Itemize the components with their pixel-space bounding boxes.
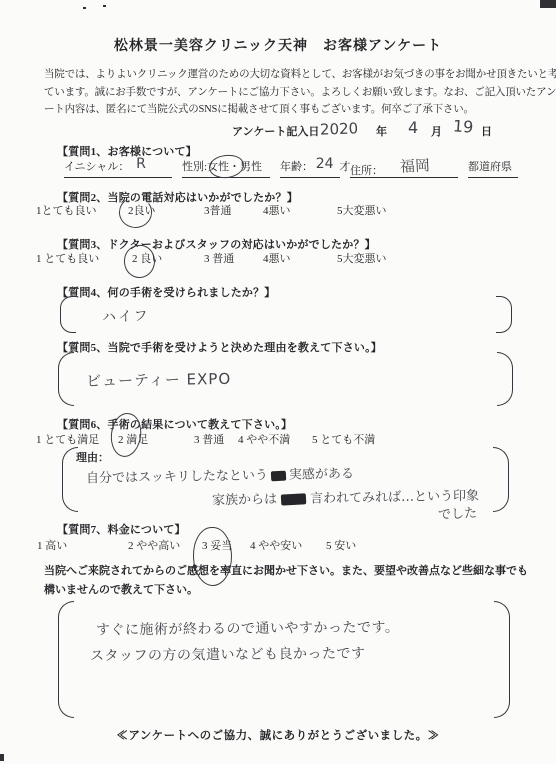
scan-artifact-dot [83, 7, 86, 9]
q6-option: 1 とても満足 [36, 431, 99, 447]
q5-right-bracket [497, 352, 513, 406]
date-day-value: 19 [452, 116, 474, 136]
q4-left-bracket [60, 296, 76, 333]
q6-reason-line2-text: 家族からは [212, 492, 277, 508]
date-month-unit: 月 [431, 123, 442, 139]
q3-option: 4悪い [263, 250, 291, 266]
feedback-answer-box: すぐに施術が終わるので通いやすかったです。 スタッフの方の気遣いなども良かったで… [58, 601, 510, 718]
q1-initial-value: R [136, 156, 146, 172]
feedback-left-bracket [58, 601, 74, 718]
date-label: アンケート記入日 [232, 123, 319, 139]
q1-address-unit: 都道府県 [468, 158, 518, 178]
q2-option: 3普通 [204, 202, 232, 218]
q6-option: 5 とても不満 [312, 431, 375, 447]
closing-note: ≪アンケートへのご協力、誠にありがとうございました。≫ [0, 727, 556, 743]
date-year-value: 2020 [320, 119, 359, 138]
q7-option: 4 やや安い [250, 537, 302, 553]
q1-fields: イニシャル： R 性別:女性・男性 年齢： 24 才 住所： 福岡 都道府県 [0, 158, 556, 182]
q7-options: 1 高い 2 やや高い 3 妥当 4 やや安い 5 安い [0, 537, 556, 555]
page-title: 松林景一美容クリニック天神 お客様アンケート [0, 35, 556, 55]
q3-option: 1 とても良い [36, 250, 99, 266]
feedback-answer-line1: すぐに施術が終わるので通いやすかったです。 [96, 617, 400, 640]
q6-option: 4 やや不満 [238, 431, 290, 447]
date-year-unit: 年 [376, 123, 387, 139]
q1-address-label: 住所： [350, 165, 383, 177]
q2-options: 1とても良い 2良い 3普通 4悪い 5大変悪い [0, 202, 556, 220]
q1-initial-label: イニシャル： [64, 161, 129, 173]
q1-gender-label: 性別: [182, 161, 207, 173]
q4-answer-box: ハイフ [60, 296, 512, 333]
q7-option: 2 やや高い [128, 537, 180, 553]
scan-artifact-corner [540, 0, 556, 8]
feedback-prompt-line: 構いませんので教えて下さい。 [44, 581, 528, 600]
q6-option: 3 普通 [194, 431, 224, 447]
q1-age-field: 年齢： 24 才 [280, 158, 340, 178]
q2-option: 5大変悪い [337, 202, 387, 218]
feedback-prompt-line: 当院へご来院されてからのご感想を率直にお聞かせ下さい。また、要望や改善点など些細… [44, 562, 528, 581]
q6-heading: 【質問6、手術の結果について教えて下さい。】 [57, 416, 292, 432]
date-line: アンケート記入日 2020 年 4 月 19 日 [0, 120, 556, 144]
q3-option: 5大変悪い [337, 250, 387, 266]
q7-option: 5 安い [326, 537, 356, 553]
q1-initial-field: イニシャル： R [64, 158, 172, 178]
q1-age-label: 年齢： [280, 161, 313, 173]
date-month-value: 4 [408, 118, 418, 137]
q5-left-bracket [58, 352, 74, 406]
intro-line: ています。誠にお手数ですが、アンケートにご協力下さい。よろしくお願い致します。な… [44, 84, 556, 102]
q6-reason-line1: 自分ではスッキリしたなという実感がある [86, 463, 354, 487]
intro-paragraph: 当院では、よりよいクリニック運営のための大切な資料として、お客様がお気づきの事を… [44, 66, 556, 119]
q6-reason-line1-text2: 実感がある [289, 467, 354, 483]
intro-line: ート内容は、匿名にて当院公式のSNSに掲載させて頂く事もございます。何卒ご了承下… [44, 101, 556, 119]
q6-reason-line3: でした [438, 502, 478, 523]
q5-answer-box: ビューティー EXPO [58, 352, 513, 406]
q1-age-value: 24 [316, 156, 334, 172]
q3-options: 1 とても良い 2 良い 3 普通 4悪い 5大変悪い [0, 250, 556, 268]
feedback-answer-line2: スタッフの方の気遣いなども良かったです [90, 643, 366, 665]
q1-age-unit: 才 [339, 161, 350, 173]
q6-reason-label: 理由： [76, 449, 109, 465]
scan-artifact-edge [0, 754, 4, 761]
q7-heading: 【質問7、料金について】 [57, 521, 186, 537]
q3-option: 3 普通 [204, 250, 234, 266]
q4-right-bracket [496, 296, 512, 333]
q4-answer-value: ハイフ [102, 305, 150, 327]
q5-answer-value: ビューティー EXPO [86, 368, 232, 392]
intro-line: 当院では、よりよいクリニック運営のための大切な資料として、お客様がお気づきの事を… [44, 66, 556, 84]
date-day-unit: 日 [481, 123, 492, 139]
survey-scan-page: 松林景一美容クリニック天神 お客様アンケート 当院では、よりよいクリニック運営の… [0, 0, 556, 764]
feedback-right-bracket [494, 601, 510, 718]
feedback-prompt: 当院へご来院されてからのご感想を率直にお聞かせ下さい。また、要望や改善点など些細… [44, 562, 528, 600]
q1-address-value: 福岡 [399, 154, 430, 177]
q1-heading: 【質問1、お客様について】 [57, 143, 197, 159]
q7-option: 1 高い [37, 537, 67, 553]
scribbled-out-text [271, 470, 287, 481]
q6-reason-box: 理由： 自分ではスッキリしたなという実感がある 家族からは言われてみれば…という… [62, 447, 509, 512]
q2-option: 4悪い [263, 202, 291, 218]
q6-reason-line1-text: 自分ではスッキリしたなという [86, 468, 268, 486]
q2-option: 1とても良い [36, 202, 97, 218]
q1-address-field: 住所： 福岡 [350, 158, 458, 178]
scan-artifact-dot [103, 5, 106, 7]
q6-right-bracket [493, 447, 509, 512]
scribbled-out-text [281, 493, 307, 505]
